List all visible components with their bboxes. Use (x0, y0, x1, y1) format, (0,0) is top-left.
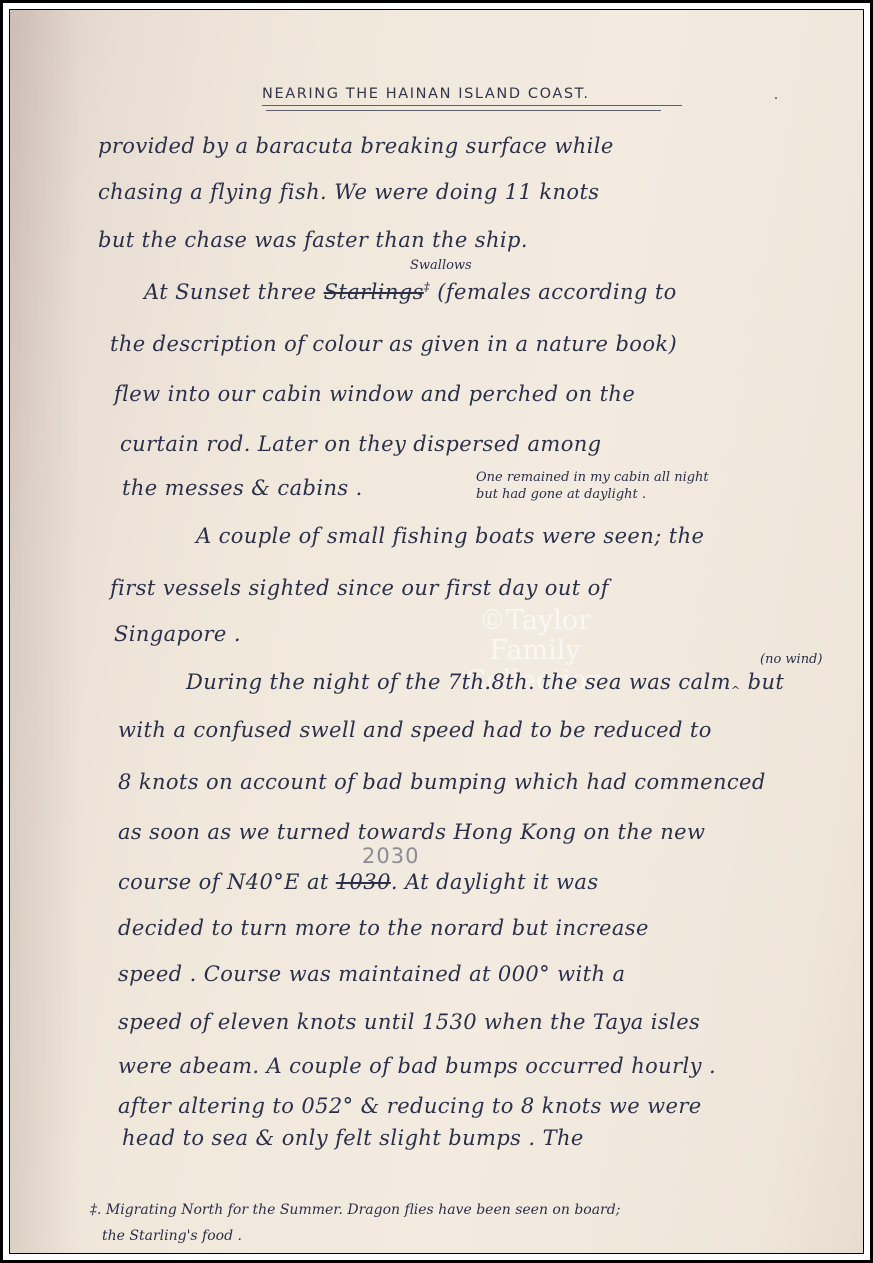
margin-note-line-1: One remained in my cabin all night (476, 470, 709, 485)
text-line-22: head to sea & only felt slight bumps . T… (122, 1126, 584, 1150)
text-line-18: speed . Course was maintained at 000° wi… (118, 962, 625, 986)
pencil-correction: 2030 (362, 844, 419, 868)
inserted-note: (no wind) (760, 652, 822, 667)
title-underline-second (266, 110, 661, 111)
text-segment: During the night of the 7th.8th. the sea… (186, 670, 731, 694)
text-line-14: 8 knots on account of bad bumping which … (118, 770, 766, 794)
text-segment: (females according to (437, 280, 676, 304)
text-line-10: first vessels sighted since our first da… (110, 576, 609, 600)
text-line-9: A couple of small fishing boats were see… (196, 524, 704, 548)
margin-note-line-2: but had gone at daylight . (476, 487, 646, 502)
text-segment: . At daylight it was (391, 870, 599, 894)
journal-page: NEARING THE HAINAN ISLAND COAST. provide… (9, 9, 864, 1254)
image-frame: NEARING THE HAINAN ISLAND COAST. provide… (0, 0, 873, 1263)
page-title: NEARING THE HAINAN ISLAND COAST. (262, 86, 590, 102)
text-line-12: During the night of the 7th.8th. the sea… (186, 670, 784, 697)
text-line-7: curtain rod. Later on they dispersed amo… (120, 432, 602, 456)
footnote-line-1: ‡. Migrating North for the Summer. Drago… (90, 1202, 620, 1218)
text-line-11: Singapore . (114, 622, 241, 646)
text-line-3: but the chase was faster than the ship. (98, 228, 528, 252)
footnote-line-2: the Starling's food . (102, 1228, 242, 1244)
text-line-1: provided by a baracuta breaking surface … (98, 134, 614, 158)
text-line-15: as soon as we turned towards Hong Kong o… (118, 820, 705, 844)
text-line-19: speed of eleven knots until 1530 when th… (118, 1010, 700, 1034)
text-line-8: the messes & cabins . (122, 476, 363, 500)
watermark-line-1: ©Taylor (430, 606, 640, 636)
footnote-marker: ‡ (424, 280, 430, 294)
text-line-16: course of N40°E at 1030. At daylight it … (118, 870, 599, 894)
text-line-17: decided to turn more to the norard but i… (118, 916, 649, 940)
text-line-20: were abeam. A couple of bad bumps occurr… (118, 1054, 716, 1078)
watermark-line-2: Family (430, 636, 640, 666)
struck-word: Starlings (324, 280, 424, 304)
text-line-13: with a confused swell and speed had to b… (118, 718, 712, 742)
ink-speck (775, 97, 777, 99)
inserted-word: Swallows (410, 258, 472, 273)
text-line-21: after altering to 052° & reducing to 8 k… (118, 1094, 702, 1118)
insertion-caret: ^ (731, 684, 741, 697)
text-segment: At Sunset three (144, 280, 317, 304)
text-line-4: At Sunset three Starlings‡ (females acco… (144, 280, 677, 304)
text-segment: course of N40°E at (118, 870, 329, 894)
text-line-5: the description of colour as given in a … (110, 332, 677, 356)
text-line-2: chasing a flying fish. We were doing 11 … (98, 180, 599, 204)
text-segment: but (748, 670, 785, 694)
page-shadow (10, 10, 80, 1253)
text-line-6: flew into our cabin window and perched o… (114, 382, 635, 406)
title-underline (262, 105, 682, 106)
struck-time: 1030 (336, 870, 391, 894)
